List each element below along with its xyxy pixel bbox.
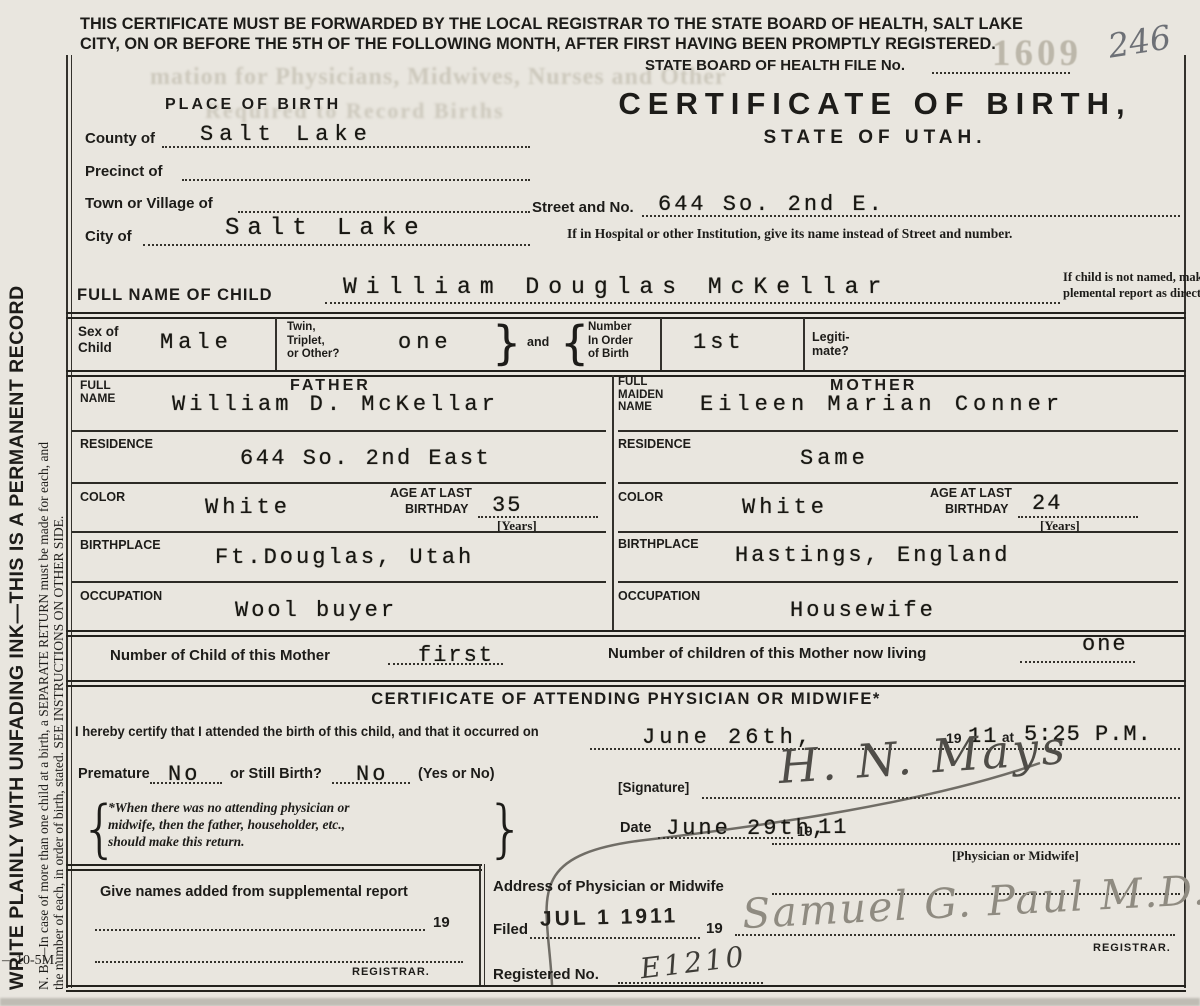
supplemental-line2 bbox=[95, 961, 463, 963]
premature-value: No bbox=[168, 762, 200, 787]
signature-bracket-label: [Signature] bbox=[618, 780, 689, 795]
margin-nb-note-line1: N. B.—In case of more than one child at … bbox=[36, 130, 52, 990]
address-label: Address of Physician or Midwife bbox=[493, 878, 724, 895]
footnote-brace-close: } bbox=[486, 792, 525, 865]
supplemental-label: Give names added from supplemental repor… bbox=[100, 884, 408, 900]
supplemental-line1 bbox=[95, 929, 425, 931]
return-date-label: Date bbox=[620, 820, 651, 836]
premature-label: Premature bbox=[78, 766, 150, 782]
bottom-section-divider bbox=[479, 864, 485, 985]
return-year-value: 11 bbox=[818, 815, 848, 840]
registrar-signature-line bbox=[735, 934, 1175, 936]
filed-date-stamp: JUL 1 1911 bbox=[540, 904, 679, 932]
physician-midwife-line bbox=[772, 843, 1180, 845]
return-19-printed: 19 bbox=[797, 823, 813, 839]
registered-no-label: Registered No. bbox=[493, 966, 599, 983]
registered-no-line bbox=[618, 982, 763, 984]
filed-19-printed: 19 bbox=[706, 920, 723, 937]
registrar-right-label: REGISTRAR. bbox=[1093, 942, 1171, 954]
signature-line bbox=[702, 797, 1180, 799]
registrar-left-label: REGISTRAR. bbox=[352, 966, 430, 978]
margin-nb-note-line2: the number of each, in order of birth, s… bbox=[51, 130, 67, 990]
stillbirth-value: No bbox=[356, 762, 388, 787]
footnote-text: *When there was no attending physician o… bbox=[108, 799, 350, 850]
birth-certificate-scan: mation for Physicians, Midwives, Nurses … bbox=[0, 0, 1200, 1006]
margin-write-plainly-text: WRITE PLAINLY WITH UNFADING INK—THIS IS … bbox=[6, 80, 29, 990]
physician-midwife-label: [Physician or Midwife] bbox=[952, 848, 1079, 864]
supplemental-box-top-rule bbox=[66, 864, 482, 871]
supplemental-19: 19 bbox=[433, 914, 450, 931]
filed-label: Filed bbox=[493, 921, 528, 938]
filed-line bbox=[530, 937, 700, 939]
stillbirth-label: or Still Birth? bbox=[230, 766, 322, 782]
yesno-label: (Yes or No) bbox=[418, 766, 495, 782]
form-number: —10-5M. bbox=[2, 953, 58, 969]
